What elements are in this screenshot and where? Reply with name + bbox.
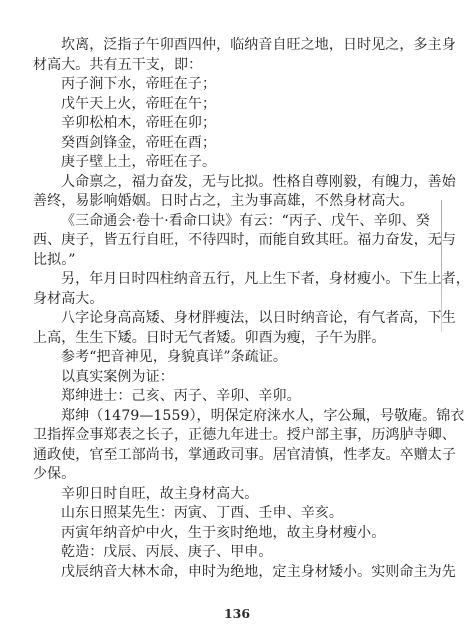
- text-line: 西、庚子，皆五行自旺，不待四时，而能自致其旺。福力奋发，无与: [33, 231, 443, 251]
- text-line: 通政使，官至工部尚书，掌通政司事。居官清慎，性孝友。卒赠太子: [33, 446, 443, 466]
- text-line: 郑绅进士：己亥、丙子、辛卯、辛卯。: [33, 387, 443, 407]
- page-number: 136: [0, 606, 474, 621]
- text-line: 材高大。共有五干支，即：: [33, 56, 443, 76]
- text-line: 上高，生生下矮。日时无气者矮。卯酉为瘦，子午为胖。: [33, 329, 443, 349]
- text-line: 坎离，泛指子午卯酉四仲，临纳音自旺之地，日时见之，多主身: [33, 36, 443, 56]
- text-line: 另，年月日时四柱纳音五行，凡上生下者，身材瘦小。下生上者，: [33, 270, 443, 290]
- text-line: 辛卯日时自旺，故主身材高大。: [33, 485, 443, 505]
- text-line: 庚子壁上土，帝旺在子。: [33, 153, 443, 173]
- text-line: 辛卯松柏木，帝旺在卯；: [33, 114, 443, 134]
- text-line: 《三命通会·卷十·看命口诀》有云：“丙子、戊午、辛卯、癸: [33, 212, 443, 232]
- text-line: 癸酉剑锋金，帝旺在酉；: [33, 134, 443, 154]
- text-line: 丙子涧下水，帝旺在子；: [33, 75, 443, 95]
- text-line: 卫指挥佥事郑表之长子，正德九年进士。授户部主事，历鸿胪寺卿、: [33, 426, 443, 446]
- text-line: 郑绅（1479—1559），明保定府涞水人，字公珮，号敬庵。锦衣: [33, 407, 443, 427]
- text-line: 山东日照某先生：丙寅、丁酉、壬申、辛亥。: [33, 504, 443, 524]
- text-line: 身材高大。: [33, 290, 443, 310]
- text-line: 比拟。”: [33, 251, 443, 271]
- text-line: 人命禀之，福力奋发，无与比拟。性格自尊刚毅，有魄力，善始: [33, 173, 443, 193]
- text-line: 戊午天上火，帝旺在午；: [33, 95, 443, 115]
- book-page: 坎离，泛指子午卯酉四仲，临纳音自旺之地，日时见之，多主身材高大。共有五干支，即：…: [0, 0, 474, 642]
- text-line: 八字论身高高矮、身材胖瘦法，以日时纳音论，有气者高，下生: [33, 309, 443, 329]
- text-line: 善终，易影响婚姻。日时占之，主为事高雄，不然身材高大。: [33, 192, 443, 212]
- text-line: 戊辰纳音大林木命，申时为绝地，定主身材矮小。实则命主为先: [33, 563, 443, 583]
- text-line: 少保。: [33, 465, 443, 485]
- scan-artifact-line: [441, 200, 442, 332]
- text-line: 参考“把音神见，身貌真详”条疏证。: [33, 348, 443, 368]
- text-line: 丙寅年纳音炉中火，生于亥时绝地，故主身材瘦小。: [33, 524, 443, 544]
- body-text: 坎离，泛指子午卯酉四仲，临纳音自旺之地，日时见之，多主身材高大。共有五干支，即：…: [33, 36, 443, 582]
- text-line: 以真实案例为证：: [33, 368, 443, 388]
- text-line: 乾造：戊辰、丙辰、庚子、甲申。: [33, 543, 443, 563]
